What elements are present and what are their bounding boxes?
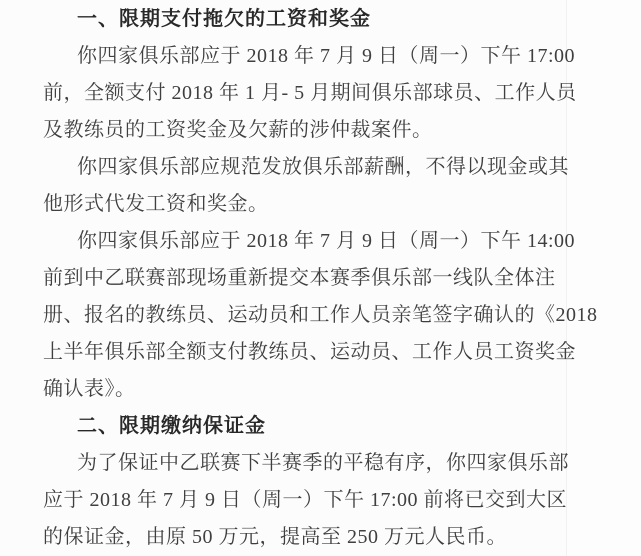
document-line: 上半年俱乐部全额支付教练员、运动员、工作人员工资奖金 (43, 334, 567, 371)
document-line: 他形式代发工资和奖金。 (43, 186, 567, 223)
document-line: 确认表》。 (43, 371, 567, 408)
document-line: 为了保证中乙联赛下半赛季的平稳有序，你四家俱乐部 (43, 445, 567, 482)
document-line: 前到中乙联赛部现场重新提交本赛季俱乐部一线队全体注 (43, 260, 567, 297)
document-page: 一、限期支付拖欠的工资和奖金 你四家俱乐部应于 2018 年 7 月 9 日（周… (0, 0, 641, 556)
document-line: 册、报名的教练员、运动员和工作人员亲笔签字确认的《2018 (43, 297, 567, 334)
document-line: 及教练员的工资奖金及欠薪的涉仲裁案件。 (43, 112, 567, 149)
document-line: 前，全额支付 2018 年 1 月- 5 月期间俱乐部球员、工作人员 (43, 75, 567, 112)
document-line: 的保证金，由原 50 万元，提高至 250 万元人民币。 (43, 519, 567, 556)
page-right-edge (566, 0, 641, 556)
document-line: 应于 2018 年 7 月 9 日（周一）下午 17:00 前将已交到大区 (43, 482, 567, 519)
section-heading-2: 二、限期缴纳保证金 (43, 408, 567, 445)
section-heading-1: 一、限期支付拖欠的工资和奖金 (43, 1, 567, 38)
document-text-block: 一、限期支付拖欠的工资和奖金 你四家俱乐部应于 2018 年 7 月 9 日（周… (43, 1, 567, 556)
document-line: 你四家俱乐部应规范发放俱乐部薪酬，不得以现金或其 (43, 149, 567, 186)
document-line: 你四家俱乐部应于 2018 年 7 月 9 日（周一）下午 14:00 (43, 223, 567, 260)
document-line: 你四家俱乐部应于 2018 年 7 月 9 日（周一）下午 17:00 (43, 38, 567, 75)
